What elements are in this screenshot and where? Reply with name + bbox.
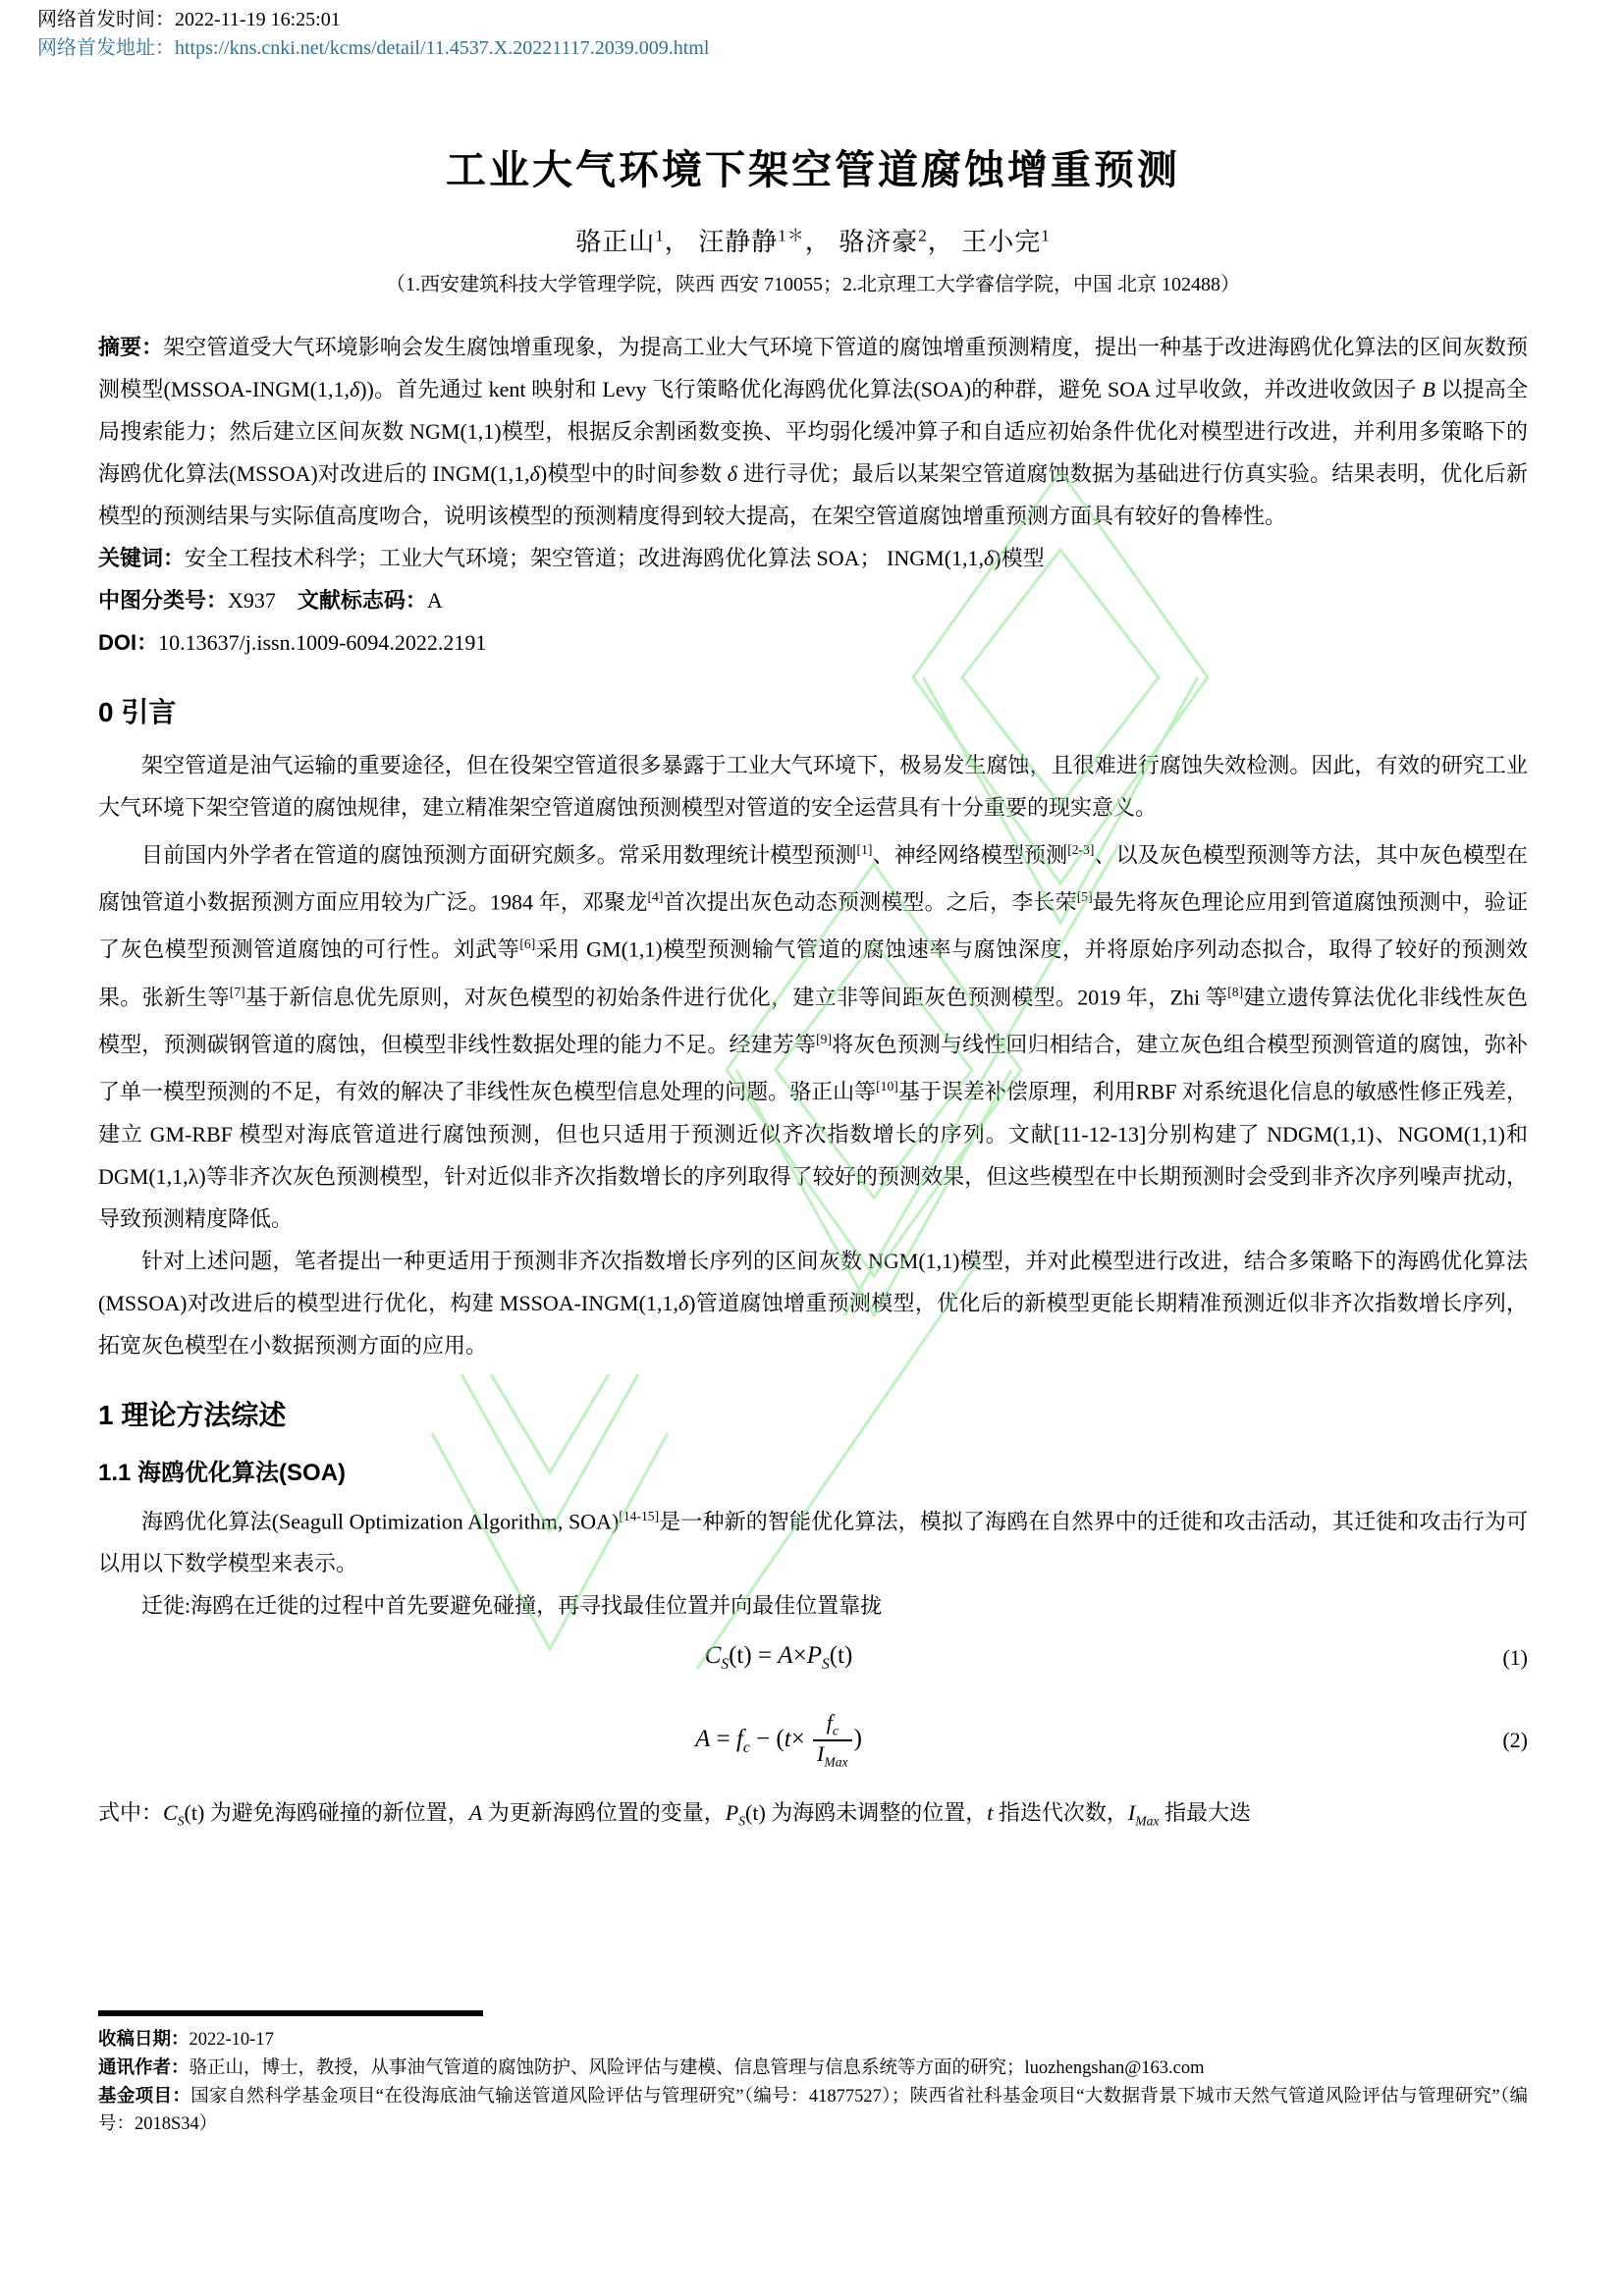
- equation-2-post: ): [854, 1726, 862, 1752]
- author-affil-mark: 1: [1041, 226, 1051, 244]
- publish-url-link[interactable]: https://kns.cnki.net/kcms/detail/11.4537…: [175, 37, 709, 59]
- paper-page: { "page": { "watermark_color": "#8ee58e"…: [0, 0, 1624, 2296]
- soa-paragraph: 海鸥优化算法(Seagull Optimization Algorithm, S…: [98, 1495, 1528, 1584]
- doi-line: DOI：10.13637/j.issn.1009-6094.2022.2191: [98, 621, 1528, 664]
- paper-body: 工业大气环境下架空管道腐蚀增重预测 骆正山1， 汪静静1＊， 骆济豪2， 王小完…: [98, 0, 1528, 1842]
- paper-title: 工业大气环境下架空管道腐蚀增重预测: [98, 137, 1528, 195]
- doi-value: 10.13637/j.issn.1009-6094.2022.2191: [158, 630, 486, 655]
- equation-2-fraction: fcIMax: [813, 1710, 852, 1771]
- author-name: 汪静静1＊: [698, 228, 805, 256]
- author-affil-mark: 1: [655, 226, 665, 244]
- section-0-heading: 0 引言: [98, 691, 1528, 730]
- equation-1: CS(t) = A×PS(t) (1): [98, 1627, 1528, 1689]
- author-name: 王小完1: [961, 228, 1051, 256]
- author-affil-mark: 2: [918, 226, 928, 244]
- equation-2: A = fc − (t× fcIMax) (2): [98, 1689, 1528, 1791]
- equation-2-expression: A = fc − (t× fcIMax): [98, 1710, 1459, 1771]
- keywords-label: 关键词：: [98, 546, 185, 570]
- footnote-block: 收稿日期：2022-10-17 通讯作者：骆正山，博士，教授，从事油气管道的腐蚀…: [98, 2010, 1528, 2138]
- authors-line: 骆正山1， 汪静静1＊， 骆济豪2， 王小完1: [98, 221, 1528, 258]
- intro-paragraph-1: 架空管道是油气运输的重要途径，但在役架空管道很多暴露于工业大气环境下，极易发生腐…: [98, 744, 1528, 828]
- intro-paragraph-2: 目前国内外学者在管道的腐蚀预测方面研究颇多。常采用数理统计模型预测[1]、神经网…: [98, 828, 1528, 1240]
- equation-1-expression: CS(t) = A×PS(t): [98, 1642, 1459, 1674]
- author-separator: ，: [665, 228, 691, 256]
- doc-code-value: A: [427, 588, 443, 613]
- classification-line: 中图分类号：X937 文献标志码：A: [98, 579, 1528, 621]
- section-1-1-heading: 1.1 海鸥优化算法(SOA): [98, 1453, 1528, 1487]
- publish-url-label: 网络首发地址：: [37, 37, 175, 59]
- publish-time-line: 网络首发时间：2022-11-19 16:25:01: [37, 6, 709, 34]
- clc-value: X937: [228, 588, 276, 613]
- publish-time-value: 2022-11-19 16:25:01: [175, 9, 341, 30]
- footnote-rule: [98, 2010, 483, 2016]
- funding-label: 基金项目：: [98, 2085, 190, 2106]
- received-date-line: 收稿日期：2022-10-17: [98, 2025, 1528, 2054]
- doi-label: DOI：: [98, 630, 158, 655]
- publish-url-line: 网络首发地址：https://kns.cnki.net/kcms/detail/…: [37, 34, 709, 63]
- abstract-text: 架空管道受大气环境影响会发生腐蚀增重现象，为提高工业大气环境下管道的腐蚀增重预测…: [98, 335, 1528, 528]
- symbols-explanation: 式中：CS(t) 为避免海鸥碰撞的新位置，A 为更新海鸥位置的变量，PS(t) …: [98, 1791, 1528, 1842]
- affiliation-line: （1.西安建筑科技大学管理学院，陕西 西安 710055；2.北京理工大学睿信学…: [98, 268, 1528, 296]
- author-separator: ，: [928, 228, 954, 256]
- fraction-denominator: IMax: [813, 1739, 852, 1771]
- migration-line: 迁徙:海鸥在迁徙的过程中首先要避免碰撞，再寻找最佳位置并向最佳位置靠拢: [98, 1584, 1528, 1627]
- equation-2-number: (2): [1459, 1728, 1528, 1753]
- funding-text: 国家自然科学基金项目“在役海底油气输送管道风险评估与管理研究”（编号：41877…: [98, 2087, 1528, 2134]
- clc-label: 中图分类号：: [98, 588, 228, 613]
- author-name: 骆正山1: [575, 228, 665, 256]
- author-name: 骆济豪2: [839, 228, 928, 256]
- publish-time-label: 网络首发时间：: [37, 9, 175, 30]
- doc-code-label: 文献标志码：: [298, 588, 427, 613]
- equation-2-pre: A = fc − (t×: [695, 1726, 811, 1752]
- equation-1-number: (1): [1459, 1645, 1528, 1671]
- received-date-label: 收稿日期：: [98, 2028, 189, 2049]
- keywords-text: 安全工程技术科学；工业大气环境；架空管道；改进海鸥优化算法 SOA； INGM(…: [185, 546, 1045, 570]
- corresponding-author-line: 通讯作者：骆正山，博士，教授，从事油气管道的腐蚀防护、风险评估与建模、信息管理与…: [98, 2054, 1528, 2082]
- abstract-paragraph: 摘要：架空管道受大气环境影响会发生腐蚀增重现象，为提高工业大气环境下管道的腐蚀增…: [98, 326, 1528, 537]
- corresponding-author-text: 骆正山，博士，教授，从事油气管道的腐蚀防护、风险评估与建模、信息管理与信息系统等…: [189, 2058, 1205, 2078]
- keywords-line: 关键词：安全工程技术科学；工业大气环境；架空管道；改进海鸥优化算法 SOA； I…: [98, 537, 1528, 579]
- received-date-value: 2022-10-17: [189, 2030, 274, 2050]
- abstract-label: 摘要：: [98, 335, 163, 359]
- intro-paragraph-3: 针对上述问题，笔者提出一种更适用于预测非齐次指数增长序列的区间灰数 NGM(1,…: [98, 1240, 1528, 1366]
- funding-line: 基金项目：国家自然科学基金项目“在役海底油气输送管道风险评估与管理研究”（编号：…: [98, 2082, 1528, 2138]
- author-affil-mark: 1＊: [778, 226, 805, 244]
- section-1-heading: 1 理论方法综述: [98, 1394, 1528, 1433]
- fraction-numerator: fc: [813, 1710, 852, 1739]
- online-first-header: 网络首发时间：2022-11-19 16:25:01 网络首发地址：https:…: [37, 6, 709, 63]
- author-separator: ，: [805, 228, 832, 256]
- corresponding-author-label: 通讯作者：: [98, 2056, 189, 2077]
